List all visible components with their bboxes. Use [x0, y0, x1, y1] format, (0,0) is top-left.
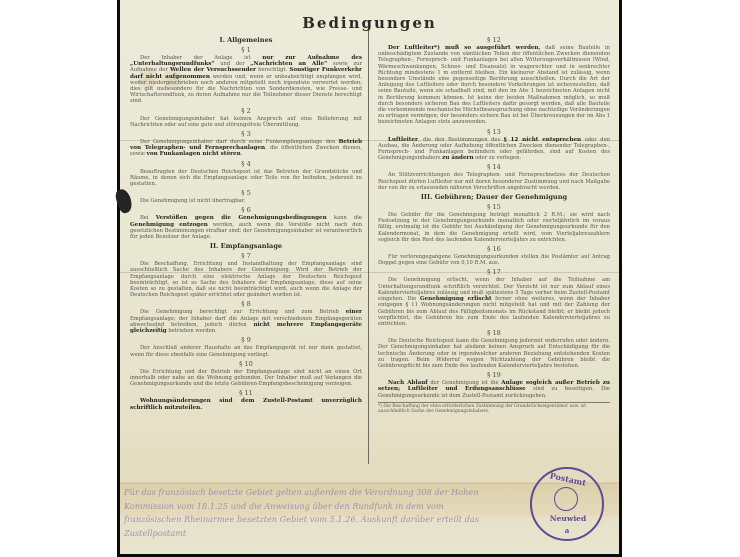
column-divider [368, 30, 369, 464]
paragraph-text: Die Genehmigung berechtigt zur Errichtun… [130, 309, 362, 334]
paragraph-number: § 17 [378, 268, 610, 276]
paragraph-number: § 8 [130, 300, 362, 308]
paragraph-number: § 18 [378, 329, 610, 337]
section-heading: III. Gebühren; Dauer der Genehmigung [378, 193, 610, 201]
paragraph-text: Der Anschluß anderer Haushalte an das Em… [130, 345, 362, 357]
paragraph-number: § 6 [130, 206, 362, 214]
paragraph-text: Der Genehmigungsinhaber hat keinen Anspr… [130, 116, 362, 128]
paragraph-number: § 14 [378, 163, 610, 171]
paragraph-text: Die Genehmigung ist nicht übertragbar. [130, 198, 362, 204]
section-heading: I. Allgemeines [130, 36, 362, 44]
paragraph-text: Der Luftleiter*) muß so ausgeführt werde… [378, 45, 610, 126]
footnote: *) Die Beschaffung der etwa erforderlich… [378, 402, 610, 414]
left-column: I. Allgemeines§ 1Der Inhaber der Anlage … [130, 34, 362, 412]
section-heading: II. Empfangsanlage [130, 242, 362, 250]
paragraph-text: An Stützvorrichtungen des Telegraphen- u… [378, 172, 610, 191]
paragraph-number: § 7 [130, 252, 362, 260]
paragraph-number: § 9 [130, 336, 362, 344]
paragraph-text: Für verlorengegangene Genehmigungsurkund… [378, 254, 610, 266]
paragraph-number: § 4 [130, 160, 362, 168]
paragraph-text: Bei Verstößen gegen die Genehmigungsbedi… [130, 215, 362, 240]
paragraph-number: § 1 [130, 46, 362, 54]
paragraph-text: Der Inhaber der Anlage ist nur zur Aufna… [130, 55, 362, 105]
right-column: § 12Der Luftleiter*) muß so ausgeführt w… [378, 34, 610, 414]
paragraph-number: § 2 [130, 107, 362, 115]
stamp-letter: a [532, 526, 602, 535]
paragraph-number: § 19 [378, 371, 610, 379]
paragraph-number: § 11 [130, 389, 362, 397]
paragraph-text: Die Deutsche Reichspost kann die Genehmi… [378, 338, 610, 369]
paragraph-text: Beauftragten der Deutschen Reichspost is… [130, 169, 362, 188]
document-title: Bedingungen [120, 14, 619, 32]
paragraph-text: Die Genehmigung erlischt, wenn der Inhab… [378, 277, 610, 327]
paragraph-number: § 3 [130, 130, 362, 138]
paragraph-text: Die Errichtung und der Betrieb der Empfa… [130, 369, 362, 388]
paragraph-text: Nach Ablauf der Genehmigung ist die Anla… [378, 380, 610, 399]
paragraph-text: Die Gebühr für die Genehmigung beträgt m… [378, 212, 610, 243]
stamp-city: Neuwied [540, 514, 596, 523]
paragraph-number: § 16 [378, 245, 610, 253]
postal-stamp: Postamt Neuwied a [530, 467, 604, 541]
paragraph-text: Der Genehmigungsinhaber darf durch seine… [130, 139, 362, 158]
paragraph-number: § 12 [378, 36, 610, 44]
paragraph-text: Luftleiter, die den Bestimmungen des § 1… [378, 137, 610, 162]
document-page: Bedingungen I. Allgemeines§ 1Der Inhaber… [120, 0, 619, 554]
paragraph-number: § 13 [378, 128, 610, 136]
paragraph-number: § 15 [378, 203, 610, 211]
paragraph-number: § 10 [130, 360, 362, 368]
paragraph-text: Wohnungsänderungen sind dem Zustell-Post… [130, 398, 362, 410]
paragraph-text: Die Beschaffung, Errichtung und Instandh… [130, 261, 362, 298]
paragraph-number: § 5 [130, 189, 362, 197]
stamp-post-horn-icon [554, 487, 578, 511]
